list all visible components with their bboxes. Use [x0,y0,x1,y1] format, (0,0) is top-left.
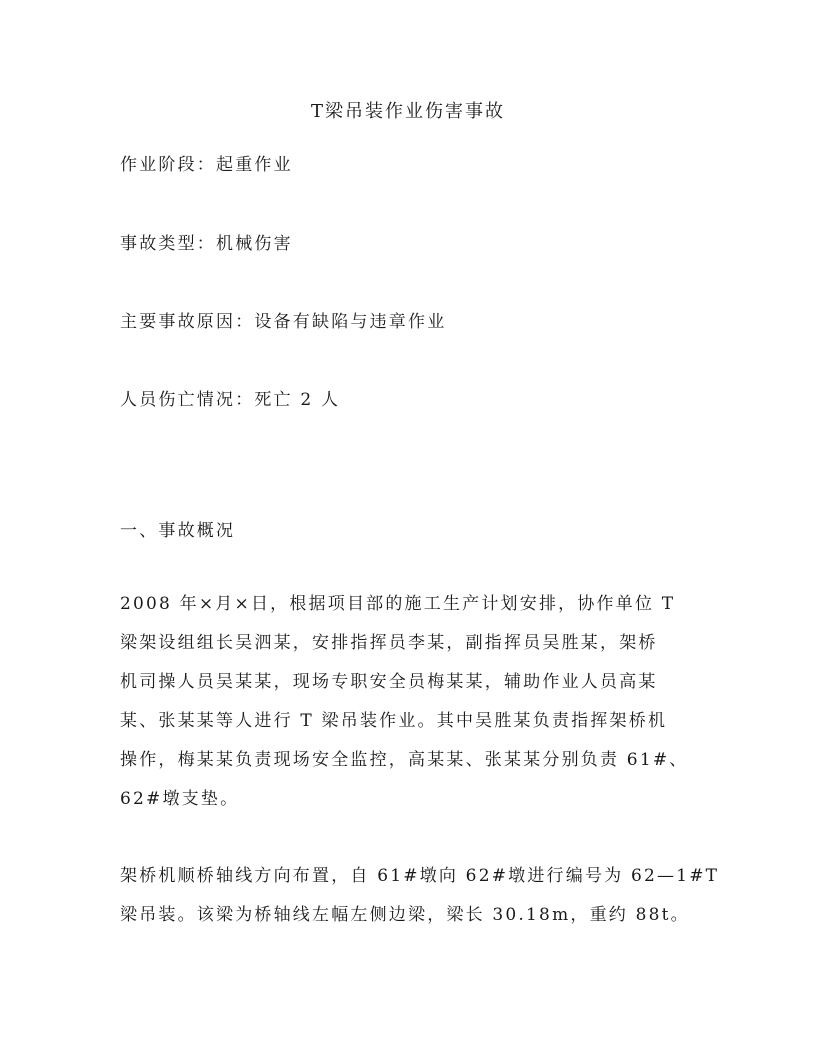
paragraph-line: 架桥机顺桥轴线方向布置，自 61#墩向 62#墩进行编号为 62—1#T [120,857,700,896]
field-main-cause: 主要事故原因：设备有缺陷与违章作业 [120,307,446,332]
paragraph-line: 某、张某某等人进行 T 梁吊装作业。其中吴胜某负责指挥架桥机 [120,702,700,741]
field-accident-type: 事故类型：机械伤害 [120,229,293,254]
paragraph-line: 2008 年×月×日，根据项目部的施工生产计划安排，协作单位 T [120,585,700,624]
paragraph-line: 梁吊装。该梁为桥轴线左幅左侧边梁，梁长 30.18m，重约 88t。 [120,896,700,935]
paragraph-line: 操作，梅某某负责现场安全监控，高某某、张某某分别负责 61#、 [120,741,700,780]
paragraph-line: 机司操人员吴某某，现场专职安全员梅某某，辅助作业人员高某 [120,663,700,702]
document-title: T梁吊装作业伤害事故 [0,97,816,123]
section-heading: 一、事故概况 [120,516,235,541]
paragraph-overview: 2008 年×月×日，根据项目部的施工生产计划安排，协作单位 T 梁架设组组长吴… [120,585,700,819]
paragraph-line: 梁架设组组长吴泗某，安排指挥员李某，副指挥员吴胜某，架桥 [120,624,700,663]
field-casualties: 人员伤亡情况：死亡 2 人 [120,385,340,410]
document-page: T梁吊装作业伤害事故 作业阶段：起重作业 事故类型：机械伤害 主要事故原因：设备… [0,0,816,1056]
paragraph-beam-info: 架桥机顺桥轴线方向布置，自 61#墩向 62#墩进行编号为 62—1#T 梁吊装… [120,857,700,935]
field-work-stage: 作业阶段：起重作业 [120,150,293,175]
paragraph-line: 62#墩支垫。 [120,780,700,819]
